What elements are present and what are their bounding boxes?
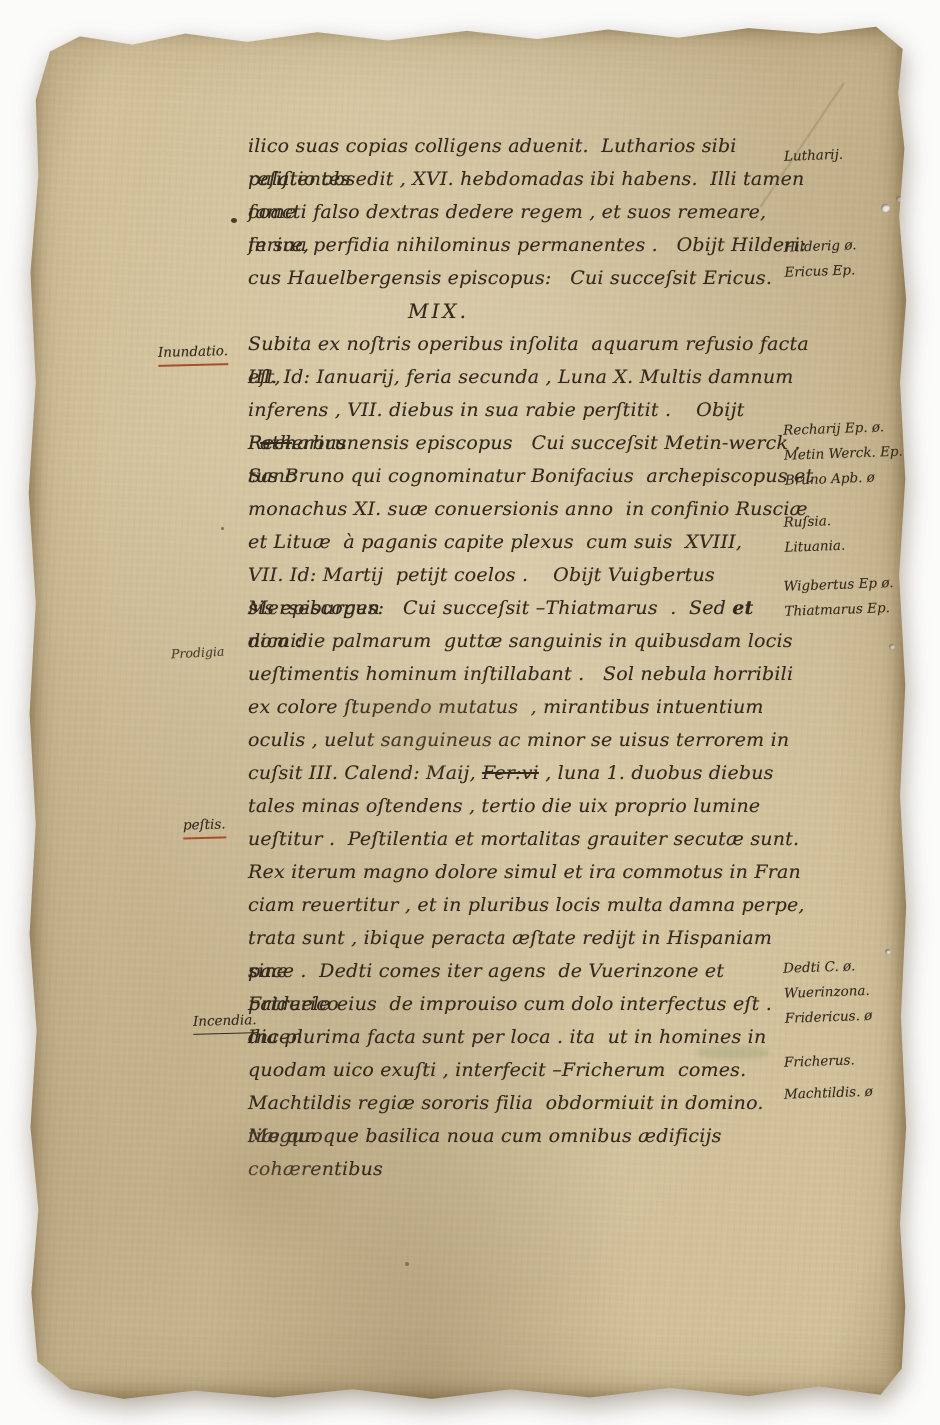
text-segment: , luna 1. duobus diebus (539, 762, 774, 784)
text-segment: ueſtitur . Peſtilentia et mortalitas gra… (248, 828, 799, 850)
worm-hole (405, 1262, 409, 1266)
margin-note: peſtis. (183, 812, 226, 839)
paper-hole (881, 204, 890, 212)
worm-hole (231, 218, 237, 223)
margin-note: Incendia. (193, 1008, 257, 1035)
margin-note-text: peſtis. (183, 812, 226, 839)
margin-note-group: Machtildis. ø (784, 1077, 940, 1108)
text-segment: tus Bruno qui cognominatur Bonifacius ar… (248, 465, 813, 487)
text-segment: sis episcopus: Cui succeſsit –Thiatmarus… (248, 597, 732, 619)
text-segment: P (248, 432, 260, 454)
text-line: ueſtitur . Peſtilentia et mortalitas gra… (248, 823, 814, 856)
main-text-block: ilico suas copias colligens aduenit. Lut… (248, 130, 814, 1153)
faded-stain (147, 1104, 367, 1264)
margin-note-line: Wigbertus Ep ø. (783, 569, 940, 600)
faded-stain (307, 664, 567, 784)
manuscript-page: ilico suas copias colligens aduenit. Lut… (27, 24, 907, 1403)
text-line: coacti falso dextras dedere regem , et s… (248, 196, 814, 229)
manuscript-page-wrap: ilico suas copias colligens aduenit. Lut… (27, 24, 907, 1403)
text-segment: dia plurima facta sunt per loca . ita ut… (248, 1026, 766, 1048)
margin-note-group: Ruſsia.Lituania. (783, 505, 940, 561)
text-line: patruele eius de improuiso cum dolo inte… (248, 988, 814, 1021)
text-segment: nica die palmarum guttæ sanguinis in qui… (248, 630, 793, 652)
margin-note-line: Bruno Apb. ø (784, 463, 940, 494)
text-segment: et (732, 597, 753, 619)
text-line: Rex iterum magno dolore simul et ira com… (248, 856, 814, 889)
margin-note-line: Lutharij. (784, 139, 940, 170)
text-segment: tales minas oſtendens , tertio die uix p… (248, 795, 760, 817)
text-segment: monachus XI. suæ conuersionis anno in co… (248, 498, 808, 520)
text-line: Subita ex noſtris operibus inſolita aqua… (248, 328, 814, 361)
margin-note-text: Prodigia (171, 644, 225, 662)
year-heading: MIX. (408, 295, 814, 328)
text-line: ciam reuertitur , et in pluribus locis m… (248, 889, 814, 922)
text-segment: MIX. (408, 299, 469, 323)
photo-background: { "colors":{ "background":"#fbfbfa", "pa… (0, 0, 940, 1425)
margin-note-text: Inundatio. (158, 339, 229, 367)
text-line: VII. Id: Martij petijt coelos . Obijt Vu… (248, 559, 814, 592)
text-segment: Rex iterum magno dolore simul et ira com… (248, 861, 801, 883)
margin-note-line: Ericus Ep. (784, 255, 940, 286)
margin-note: Prodigia (170, 640, 225, 667)
margin-note-line: Fricherus. (784, 1045, 940, 1076)
text-segment: cus Hauelbergensis episcopus: Cui succeſ… (248, 267, 772, 289)
text-segment: quodam uico exuſti , interfecit –Fricher… (248, 1059, 746, 1081)
margin-note-line: Dedti C. ø. (783, 951, 940, 982)
text-line: palatio obsedit , XVI. hebdomadas ibi ha… (248, 163, 814, 196)
text-line: tales minas oſtendens , tertio die uix p… (248, 790, 814, 823)
margin-note-line: Metin Werck. Ep. (784, 438, 940, 469)
text-line: et Lituæ à paganis capite plexus cum sui… (248, 526, 814, 559)
text-line: in sua perfidia nihilominus permanentes … (248, 229, 814, 262)
paper-hole (896, 196, 902, 202)
text-line: Patherbrunensis episcopus Cui succeſsit … (248, 427, 814, 460)
text-line: inferens , VII. diebus in sua rabie perſ… (248, 394, 814, 427)
paper-hole (889, 644, 895, 649)
text-segment: et Lituæ à paganis capite plexus cum sui… (248, 531, 742, 553)
margin-note-group: Dedti C. ø.Wuerinzona.Fridericus. ø (783, 951, 940, 1032)
struck-text: ath (260, 432, 292, 454)
margin-note-group: Wigbertus Ep ø.Thiatmarus Ep. (783, 569, 940, 625)
green-stain (697, 1046, 769, 1059)
text-line: trata sunt , ibique peracta æſtate redij… (248, 922, 814, 955)
margin-note-line: Fridericus. ø (784, 1001, 940, 1032)
text-line: sis episcopus: Cui succeſsit –Thiatmarus… (248, 592, 814, 625)
margin-note-group: Recharij Ep. ø.Metin Werck. Ep.Bruno Apb… (783, 413, 940, 494)
text-segment: ciam reuertitur , et in pluribus locis m… (248, 894, 805, 916)
margin-note: Inundatio. (158, 339, 229, 367)
worm-hole (221, 527, 224, 530)
margin-note-line: Machtildis. ø (784, 1077, 940, 1108)
text-segment: in sua perfidia nihilominus permanentes … (248, 234, 806, 256)
margin-note-group: Fricherus. (784, 1045, 940, 1076)
margin-note-line: Wuerinzona. (784, 976, 940, 1007)
text-segment: III. Id: Ianuarij, feria secunda , Luna … (248, 366, 794, 388)
margin-note-group: Lutharij. (784, 139, 940, 170)
margin-note-group: Hilderig ø.Ericus Ep. (783, 230, 940, 286)
text-line: III. Id: Ianuarij, feria secunda , Luna … (248, 361, 814, 394)
margin-note-line: Lituania. (784, 530, 940, 561)
margin-note-line: Ruſsia. (783, 505, 940, 536)
text-line: monachus XI. suæ conuersionis anno in co… (248, 493, 814, 526)
text-line: tus Bruno qui cognominatur Bonifacius ar… (248, 460, 814, 493)
margin-note-text: Incendia. (193, 1008, 257, 1035)
text-line: Machtildis regiæ sororis filia obdormiui… (248, 1087, 814, 1120)
text-line: ilico suas copias colligens aduenit. Lut… (248, 130, 814, 163)
text-line: pace . Dedti comes iter agens de Vuerinz… (248, 955, 814, 988)
margin-note-line: Recharij Ep. ø. (783, 413, 940, 444)
margin-note-line: Thiatmarus Ep. (784, 594, 940, 625)
margin-note-line: Hilderig ø. (783, 230, 940, 261)
text-line: nica die palmarum guttæ sanguinis in qui… (248, 625, 814, 658)
text-line: cus Hauelbergensis episcopus: Cui succeſ… (248, 262, 814, 295)
